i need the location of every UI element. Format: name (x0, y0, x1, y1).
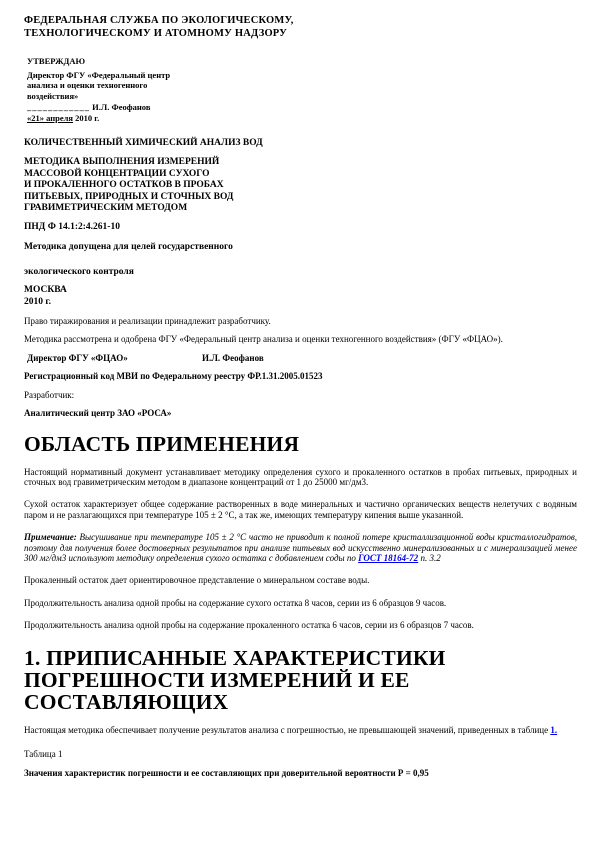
approval-date-rest: 2010 г. (73, 113, 99, 123)
approval-org-line2: анализа и оценки техногенного (27, 80, 577, 91)
publication-city: МОСКВА (24, 284, 577, 297)
agency-header-line1: ФЕДЕРАЛЬНАЯ СЛУЖБА ПО ЭКОЛОГИЧЕСКОМУ, (24, 14, 577, 27)
scope-note: Примечание: Высушивание при температуре … (24, 532, 577, 563)
document-page: ФЕДЕРАЛЬНАЯ СЛУЖБА ПО ЭКОЛОГИЧЕСКОМУ, ТЕ… (0, 0, 595, 778)
signature-blank: ____________ (27, 102, 90, 112)
method-title-line: МАССОВОЙ КОНЦЕНТРАЦИИ СУХОГО (24, 169, 577, 181)
scope-paragraph-2: Сухой остаток характеризует общее содерж… (24, 499, 577, 520)
developer-name: Аналитический центр ЗАО «РОСА» (24, 408, 577, 419)
scope-paragraph-5: Продолжительность анализа одной пробы на… (24, 620, 577, 630)
registration-code: Регистрационный код МВИ по Федеральному … (24, 371, 577, 382)
approved-purpose-line2: экологического контроля (24, 267, 577, 277)
scope-paragraph-1: Настоящий нормативный документ устанавли… (24, 467, 577, 488)
approval-block: УТВЕРЖДАЮ Директор ФГУ «Федеральный цент… (27, 56, 577, 123)
approval-word: УТВЕРЖДАЮ (27, 56, 577, 67)
approval-org-line1: Директор ФГУ «Федеральный центр (27, 70, 577, 81)
method-title-line: И ПРОКАЛЕННОГО ОСТАТКОВ В ПРОБАХ (24, 180, 577, 192)
analysis-kind-title: КОЛИЧЕСТВЕННЫЙ ХИМИЧЕСКИЙ АНАЛИЗ ВОД (24, 138, 577, 148)
section-1-heading: 1. ПРИПИСАННЫЕ ХАРАКТЕРИСТИКИ ПОГРЕШНОСТ… (24, 647, 577, 713)
gost-18164-72-link[interactable]: ГОСТ 18164-72 (358, 553, 418, 563)
reviewed-statement: Методика рассмотрена и одобрена ФГУ «Фед… (24, 334, 577, 345)
section-1-text: Настоящая методика обеспечивает получени… (24, 725, 550, 735)
table-1-caption: Таблица 1 (24, 749, 577, 759)
method-title-line: МЕТОДИКА ВЫПОЛНЕНИЯ ИЗМЕРЕНИЙ (24, 157, 577, 169)
approval-date: «21» апреля 2010 г. (27, 113, 577, 124)
document-number: ПНД Ф 14.1:2:4.261-10 (24, 222, 577, 232)
developer-label: Разработчик: (24, 390, 577, 401)
publication-year: 2010 г. (24, 296, 577, 309)
method-title-line: ПИТЬЕВЫХ, ПРИРОДНЫХ И СТОЧНЫХ ВОД (24, 192, 577, 204)
agency-header: ФЕДЕРАЛЬНАЯ СЛУЖБА ПО ЭКОЛОГИЧЕСКОМУ, ТЕ… (24, 14, 577, 40)
rights-statement: Право тиражирования и реализации принадл… (24, 316, 577, 327)
signatory-name: И.Л. Феофанов (92, 102, 150, 112)
signature-line: ____________ И.Л. Феофанов (27, 102, 577, 113)
director-name: И.Л. Феофанов (202, 353, 264, 364)
city-year-block: МОСКВА 2010 г. (24, 284, 577, 309)
agency-header-line2: ТЕХНОЛОГИЧЕСКОМУ И АТОМНОМУ НАДЗОРУ (24, 27, 577, 40)
section-1-paragraph: Настоящая методика обеспечивает получени… (24, 725, 577, 735)
note-label: Примечание: (24, 532, 77, 542)
method-title-line: ГРАВИМЕТРИЧЕСКИМ МЕТОДОМ (24, 203, 577, 215)
table-1-link[interactable]: 1. (550, 725, 557, 735)
table-1-title: Значения характеристик погрешности и ее … (24, 768, 577, 778)
approval-org-line3: воздействия» (27, 91, 577, 102)
scope-paragraph-3: Прокаленный остаток дает ориентировочное… (24, 575, 577, 585)
approval-date-underlined: «21» апреля (27, 113, 73, 123)
director-label: Директор ФГУ «ФЦАО» (27, 353, 128, 363)
scope-paragraph-4: Продолжительность анализа одной пробы на… (24, 598, 577, 608)
method-title: МЕТОДИКА ВЫПОЛНЕНИЯ ИЗМЕРЕНИЙ МАССОВОЙ К… (24, 157, 577, 215)
note-after-link: п. 3.2 (418, 553, 441, 563)
scope-heading: ОБЛАСТЬ ПРИМЕНЕНИЯ (24, 433, 577, 455)
note-text: Высушивание при температуре 105 ± 2 °С ч… (24, 532, 577, 563)
director-signature-row: Директор ФГУ «ФЦАО» И.Л. Феофанов (24, 353, 577, 364)
approved-purpose-line1: Методика допущена для целей государствен… (24, 242, 577, 252)
